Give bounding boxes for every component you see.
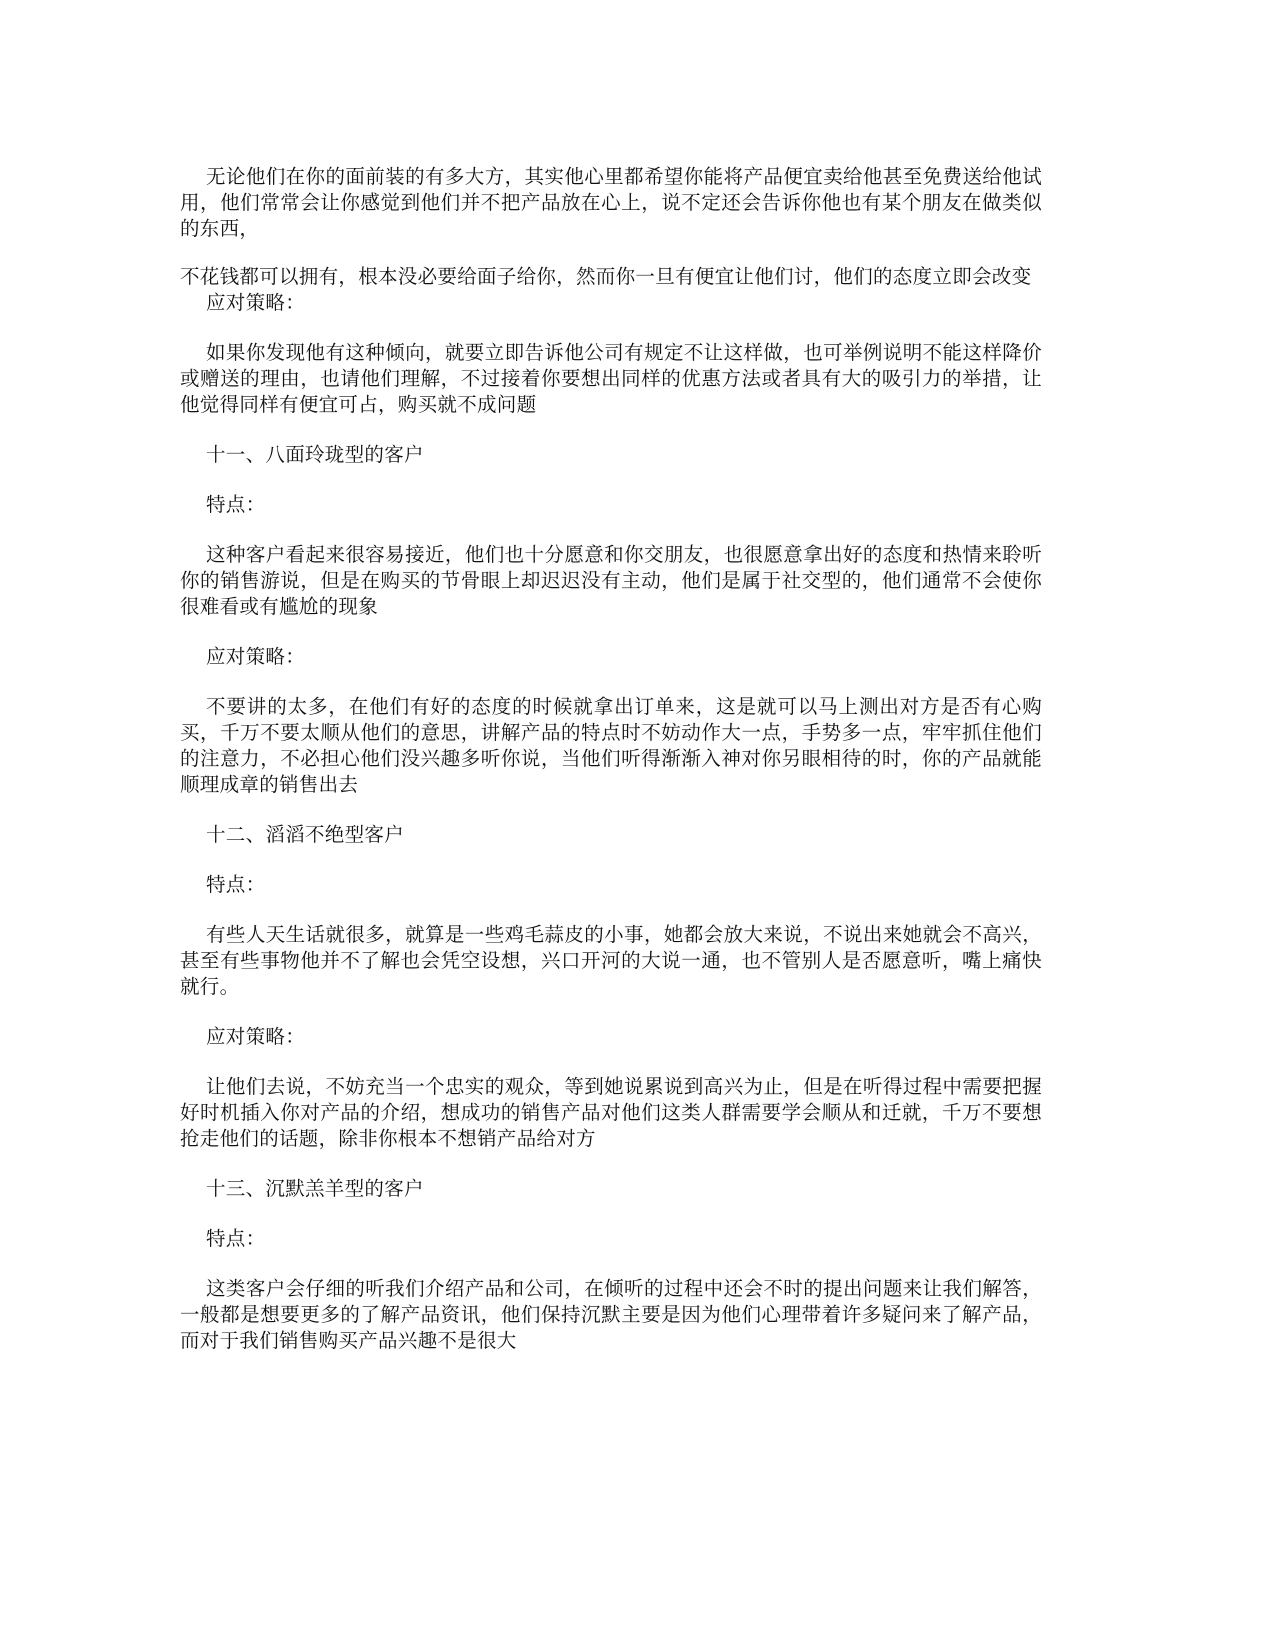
document-page: 无论他们在你的面前装的有多大方，其实他心里都希望你能将产品便宜卖给他甚至免费送给… <box>180 164 1042 1354</box>
paragraph-bargain-description-cont: 不花钱都可以拥有，根本没必要给面子给你，然而你一旦有便宜让他们讨，他们的态度立即… <box>180 264 1042 290</box>
section-heading-12: 十二、滔滔不绝型客户 <box>180 822 1042 848</box>
paragraph-talkative-strategy: 让他们去说，不妨充当一个忠实的观众，等到她说累说到高兴为止，但是在听得过程中需要… <box>180 1074 1042 1152</box>
section-heading-13: 十三、沉默羔羊型的客户 <box>180 1176 1042 1202</box>
paragraph-sociable-strategy: 不要讲的太多，在他们有好的态度的时候就拿出订单来，这是就可以马上测出对方是否有心… <box>180 694 1042 798</box>
label-strategy: 应对策略： <box>180 1024 1042 1050</box>
label-features: 特点： <box>180 492 1042 518</box>
paragraph-silent-description: 这类客户会仔细的听我们介绍产品和公司，在倾听的过程中还会不时的提出问题来让我们解… <box>180 1276 1042 1354</box>
label-features: 特点： <box>180 1226 1042 1252</box>
label-features: 特点： <box>180 872 1042 898</box>
paragraph-bargain-description: 无论他们在你的面前装的有多大方，其实他心里都希望你能将产品便宜卖给他甚至免费送给… <box>180 164 1042 242</box>
section-heading-11: 十一、八面玲珑型的客户 <box>180 442 1042 468</box>
label-strategy: 应对策略： <box>180 290 1042 316</box>
paragraph-bargain-strategy: 如果你发现他有这种倾向，就要立即告诉他公司有规定不让这样做，也可举例说明不能这样… <box>180 340 1042 418</box>
paragraph-sociable-description: 这种客户看起来很容易接近，他们也十分愿意和你交朋友，也很愿意拿出好的态度和热情来… <box>180 542 1042 620</box>
label-strategy: 应对策略： <box>180 644 1042 670</box>
paragraph-talkative-description: 有些人天生话就很多，就算是一些鸡毛蒜皮的小事，她都会放大来说，不说出来她就会不高… <box>180 922 1042 1000</box>
